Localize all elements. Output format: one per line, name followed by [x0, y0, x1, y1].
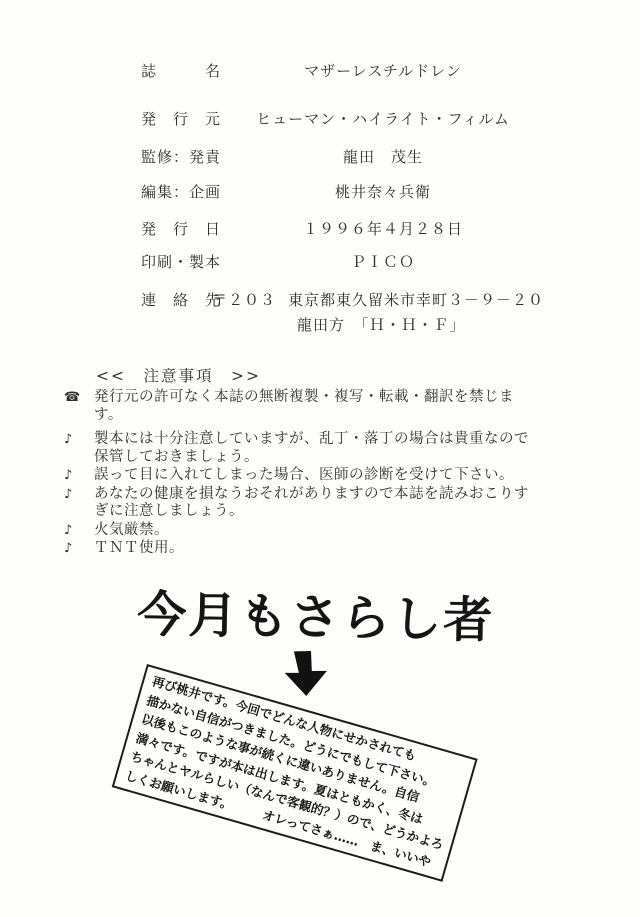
notice-text: あなたの健康を損なうおそれがありますので本誌を読みおこりすぎに注意しましょう。	[94, 486, 540, 521]
notice-item: ♪ あなたの健康を損なうおそれがありますので本誌を読みおこりすぎに注意しましょう…	[64, 486, 574, 521]
field-contact: 連 絡 先 〒２０３ 東京都東久留米市幸町３－９－２０ 龍田方 「Ｈ・Ｈ・Ｆ」	[0, 289, 640, 337]
colophon-page: 誌 名 マザーレスチルドレン 発 行 元 ヒューマン・ハイライト・フィルム 監修…	[0, 0, 640, 917]
field-value: 龍田 茂生	[243, 146, 523, 167]
music-note-icon: ♪	[64, 540, 94, 558]
field-label: 編集：企画	[141, 181, 221, 202]
notice-item: ♪ ＴＮＴ使用。	[64, 540, 574, 558]
handwritten-headline: 今月もさらし者	[137, 576, 495, 652]
music-note-icon: ♪	[64, 486, 94, 504]
field-label: 連 絡 先	[141, 289, 221, 310]
field-supervisor: 監修：発責 龍田 茂生	[0, 146, 640, 168]
music-note-icon: ♪	[64, 467, 94, 485]
field-value: ＰＩＣＯ	[243, 251, 523, 272]
field-value: マザーレスチルドレン	[243, 60, 523, 81]
notice-text: ＴＮＴ使用。	[94, 540, 540, 558]
field-value: 桃井奈々兵衛	[243, 181, 523, 202]
notice-item: ♪ 誤って目に入れてしまった場合、医師の診断を受けて下さい。	[64, 467, 574, 485]
field-magazine-title: 誌 名 マザーレスチルドレン	[0, 60, 640, 82]
field-printer: 印刷・製本 ＰＩＣＯ	[0, 251, 640, 273]
field-label: 発 行 元	[141, 108, 221, 129]
postal-code: 〒２０３	[212, 289, 276, 310]
field-publish-date: 発 行 日 １９９６年４月２８日	[0, 218, 640, 240]
notice-text: 製本には十分注意していますが、乱丁・落丁の場合は貴重なので保管しておきましょう。	[94, 431, 540, 466]
field-label: 誌 名	[141, 60, 221, 81]
notice-item: ♪ 製本には十分注意していますが、乱丁・落丁の場合は貴重なので保管しておきましょ…	[64, 431, 574, 466]
field-label: 発 行 日	[141, 218, 221, 239]
field-publisher: 発 行 元 ヒューマン・ハイライト・フィルム	[0, 108, 640, 130]
field-label: 監修：発責	[141, 146, 221, 167]
music-note-icon: ♪	[64, 431, 94, 449]
down-arrow-icon	[278, 647, 332, 699]
field-label: 印刷・製本	[141, 251, 221, 272]
contact-address: 東京都東久留米市幸町３－９－２０	[288, 289, 544, 310]
field-value: １９９６年４月２８日	[243, 218, 523, 239]
notice-item: ♪ 火気厳禁。	[64, 522, 574, 540]
notices-list: ☎ 発行元の許可なく本誌の無断複製・複写・転載・翻訳を禁じます。 ♪ 製本には十…	[64, 389, 574, 559]
field-value: ヒューマン・ハイライト・フィルム	[243, 108, 523, 129]
field-editor: 編集：企画 桃井奈々兵衛	[0, 181, 640, 203]
notice-item: ☎ 発行元の許可なく本誌の無断複製・複写・転載・翻訳を禁じます。	[64, 389, 574, 424]
notice-text: 誤って目に入れてしまった場合、医師の診断を受けて下さい。	[94, 467, 540, 485]
notice-text: 火気厳禁。	[94, 522, 540, 540]
phone-icon: ☎	[64, 389, 94, 407]
contact-address-2: 龍田方 「Ｈ・Ｈ・Ｆ」	[297, 314, 466, 335]
music-note-icon: ♪	[64, 522, 94, 540]
notices-heading: << 注意事項 >>	[96, 364, 261, 386]
notice-text: 発行元の許可なく本誌の無断複製・複写・転載・翻訳を禁じます。	[94, 389, 540, 424]
